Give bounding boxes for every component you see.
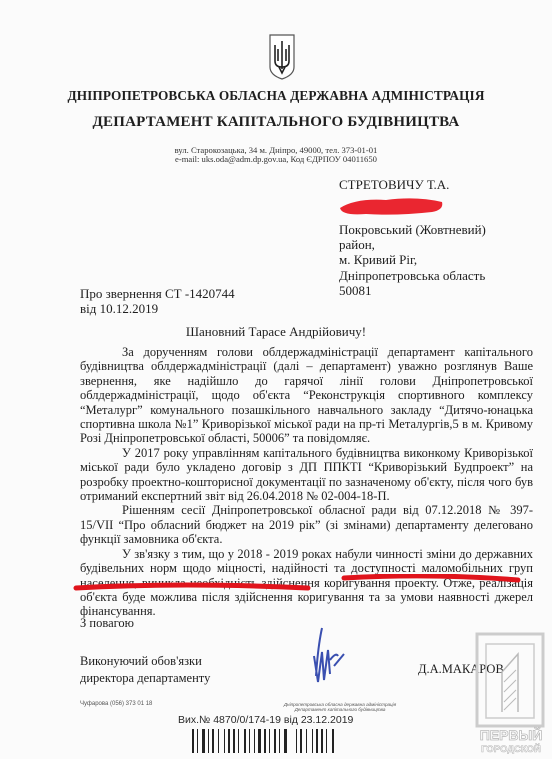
redaction-mark — [336, 194, 446, 216]
address-line: Дніпропетровська область — [339, 268, 486, 283]
recipient-address: Покровський (Жовтневий) район, м. Кривий… — [339, 222, 486, 298]
coat-of-arms-icon — [268, 33, 296, 81]
reference-number: Про звернення СТ -1420744 — [80, 287, 235, 302]
address-line: м. Кривий Ріг, — [339, 252, 486, 267]
contact-info: вул. Старокозацька, 34 м. Дніпро, 49000,… — [0, 146, 552, 164]
signer-title: Виконуючий обов'язки директора департаме… — [80, 653, 210, 687]
stamp-org-line: Департамент капітального будівництва — [230, 707, 450, 712]
stamp-organization: Дніпропетровська обласна державна адміні… — [230, 702, 450, 712]
address-line: район, — [339, 237, 486, 252]
recipient-name: СТРЕТОВИЧУ Т.А. — [339, 177, 449, 192]
watermark-logo: ПЕРВЫЙ ГОРОДСКОЙ — [472, 632, 550, 754]
address-line: 50081 — [339, 283, 486, 298]
outgoing-number: Вих.№ 4870/0/174-19 від 23.12.2019 — [178, 714, 353, 726]
signature — [300, 626, 356, 686]
executor-contact: Чуфарова (056) 373 01 18 — [80, 701, 152, 707]
body-paragraph: Рішенням сесії Дніпропетровської обласно… — [80, 503, 533, 546]
watermark-line1: ПЕРВЫЙ — [480, 726, 543, 743]
signer-title-line: Виконуючий обов'язки — [80, 653, 210, 670]
organization-name: ДНІПРОПЕТРОВСЬКА ОБЛАСНА ДЕРЖАВНА АДМІНІ… — [0, 88, 552, 104]
reference-date: від 10.12.2019 — [80, 302, 235, 317]
salutation: Шановний Тарасе Андрійовичу! — [0, 324, 552, 340]
body-paragraph: За дорученням голови облдержадміністраці… — [80, 345, 533, 446]
department-name: ДЕПАРТАМЕНТ КАПІТАЛЬНОГО БУДІВНИЦТВА — [0, 114, 552, 131]
closing: З повагою — [80, 616, 134, 631]
reference-block: Про звернення СТ -1420744 від 10.12.2019 — [80, 287, 235, 316]
red-highlight-underline — [72, 574, 524, 592]
address-line: Покровський (Жовтневий) — [339, 222, 486, 237]
body-paragraph: У 2017 року управлінням капітального буд… — [80, 446, 533, 504]
signer-title-line: директора департаменту — [80, 670, 210, 687]
email-line: e-mail: uks.oda@adm.dp.gov.ua, Код ЄДРПО… — [0, 155, 552, 164]
watermark-line2: ГОРОДСКОЙ — [481, 743, 541, 754]
barcode — [188, 729, 338, 753]
